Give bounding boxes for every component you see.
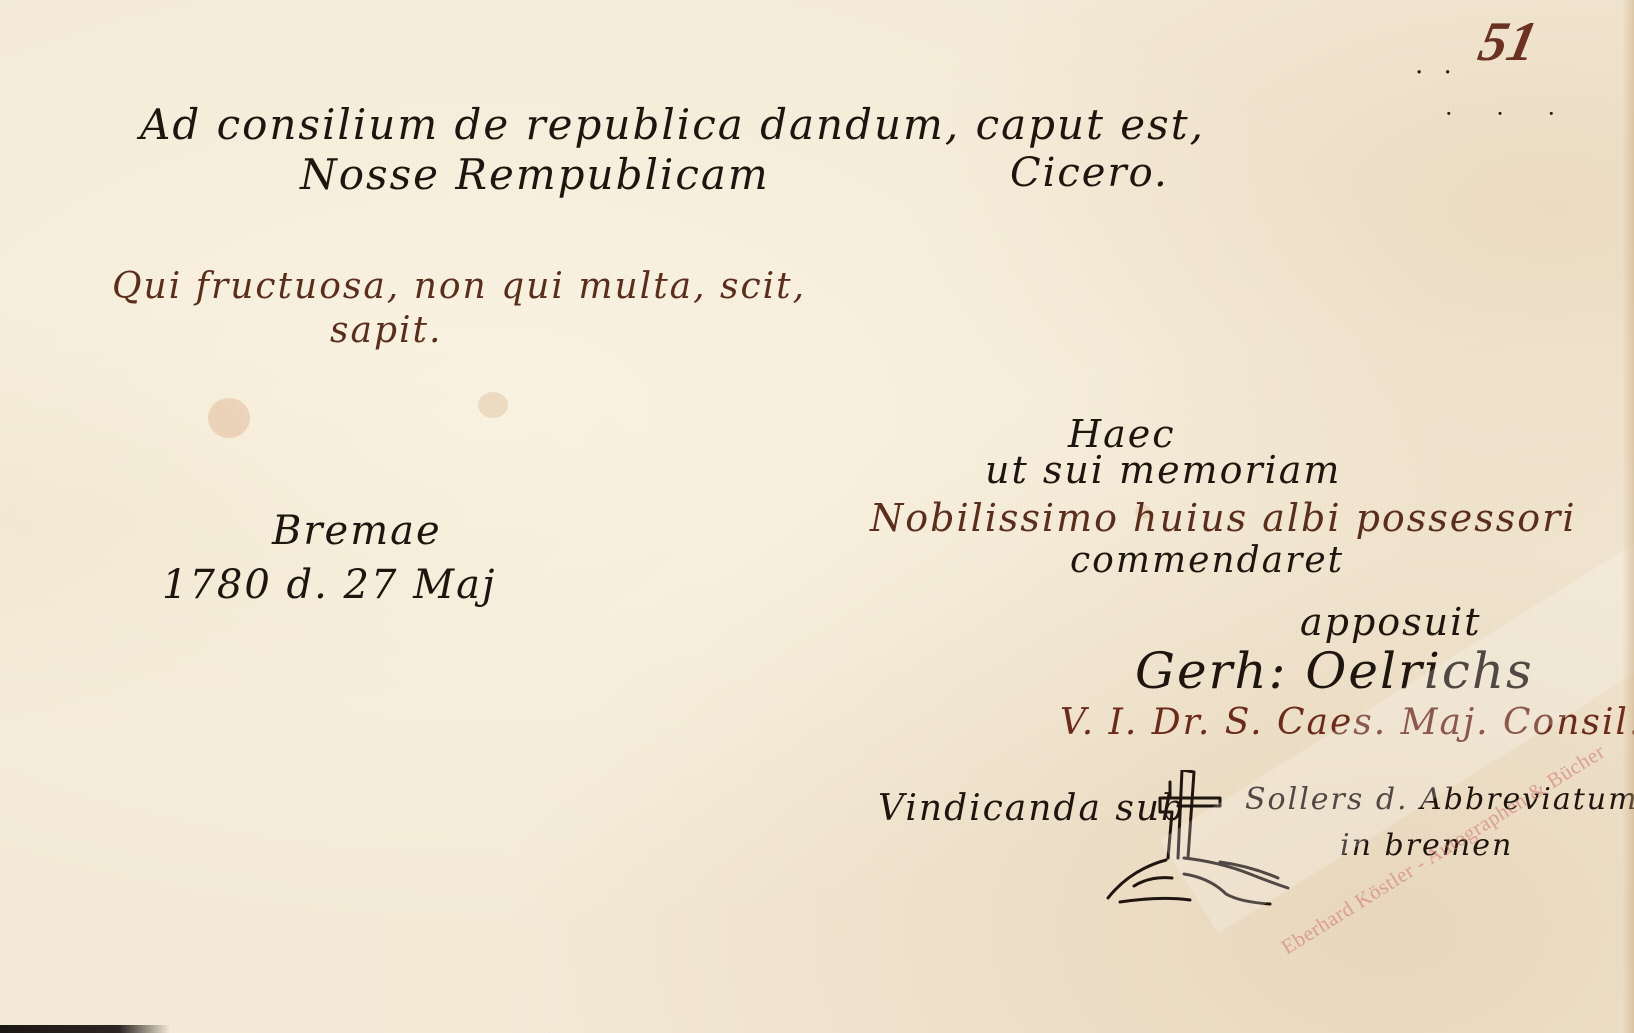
quote-2-line-2: sapit. — [330, 310, 442, 351]
dedication-line-5: apposuit — [1300, 600, 1482, 644]
page-edge — [1622, 0, 1634, 1033]
ink-dots: · · · — [1445, 100, 1573, 128]
foxing-stain — [478, 392, 508, 418]
dedication-line-3: Nobilissimo huius albi possessori — [870, 496, 1576, 540]
date: 1780 d. 27 Maj — [162, 562, 496, 608]
dedication-line-2: ut sui memoriam — [985, 448, 1341, 492]
quote-1-author: Cicero. — [1010, 150, 1169, 196]
ink-dots: · · — [1415, 58, 1458, 88]
foxing-stain — [208, 398, 250, 438]
binding-edge — [0, 1025, 170, 1033]
manuscript-page: 51 · · · · · Ad consilium de republica d… — [0, 0, 1634, 1033]
quote-2-line-1: Qui fructuosa, non qui multa, scit, — [112, 266, 806, 307]
quote-1-line-1: Ad consilium de republica dandum, caput … — [140, 100, 1205, 149]
folio-number: 51 — [1473, 10, 1543, 74]
dedication-line-4: commendaret — [1070, 540, 1344, 581]
quote-1-line-2: Nosse Rempublicam — [300, 150, 770, 199]
place-name: Bremae — [272, 508, 442, 554]
